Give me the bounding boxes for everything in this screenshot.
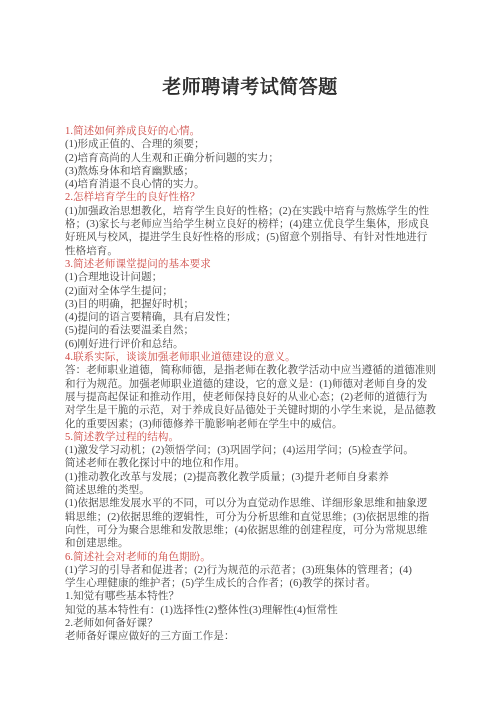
- document-line: 2.老师如何备好课？: [65, 617, 443, 630]
- document-line: (2)面对全体学生提问；: [65, 285, 443, 298]
- document-line: 化的重要因素；(3)师德修养干脆影响老师在学生中的威信。: [65, 418, 443, 431]
- section-heading-line: 1.简述如何养成良好的心情。: [65, 125, 443, 138]
- document-line: (1)合理地设计问题；: [65, 271, 443, 284]
- document-line: 老师备好课应做好的三方面工作是：: [65, 630, 443, 643]
- document-page: 老师聘请考试简答题 1.简述如何养成良好的心情。(1)形成正值的、合理的须要；(…: [0, 0, 500, 708]
- document-line: 对学生是干脆的示范，对于养成良好品德处于关键时期的小学生来说，是品德教: [65, 404, 443, 417]
- document-line: 简述老师在教化探讨中的地位和作用。: [65, 457, 443, 470]
- document-line: 知觉的基本特性有：(1)选择性(2)整体性(3)理解性(4)恒常性: [65, 604, 443, 617]
- document-line: (1)推动教化改革与发展；(2)提高教化教学质量；(3)提升老师自身素养: [65, 471, 443, 484]
- section-heading-line: 6.简述社会对老师的角色期盼。: [65, 551, 443, 564]
- document-line: 和行为规范。加强老师职业道德的建设，它的意义是：(1)师德对老师自身的发: [65, 378, 443, 391]
- document-line: 答：老师职业道德，简称师德，是指老师在教化教学活动中应当遵循的道德准则: [65, 364, 443, 377]
- document-body: 1.简述如何养成良好的心情。(1)形成正值的、合理的须要；(2)培育高尚的人生观…: [65, 125, 443, 644]
- document-line: 格；(3)家长与老师应当给学生树立良好的榜样；(4)建立优良学生集体，形成良: [65, 218, 443, 231]
- document-line: 1.知觉有哪些基本特性？: [65, 590, 443, 603]
- section-heading-line: 4.联系实际，谈谈加强老师职业道德建设的意义。: [65, 351, 443, 364]
- document-line: (2)培育高尚的人生观和正确分析问题的实力；: [65, 152, 443, 165]
- document-line: (1)学习的引导者和促进者；(2)行为规范的示范者；(3)班集体的管理者；(4): [65, 564, 443, 577]
- document-line: (6)刚好进行评价和总结。: [65, 338, 443, 351]
- document-line: (3)目的明确，把握好时机；: [65, 298, 443, 311]
- document-line: 好班风与校风，提进学生良好性格的形成；(5)留意个别指导、有针对性地进行: [65, 231, 443, 244]
- section-heading-line: 3.简述老师课堂提问的基本要求: [65, 258, 443, 271]
- document-title: 老师聘请考试简答题: [0, 72, 500, 99]
- document-line: 向性，可分为聚合思维和发散思维；(4)依据思维的创建程度，可分为常规思维: [65, 524, 443, 537]
- document-line: (3)熬炼身体和培育幽默感；: [65, 165, 443, 178]
- document-line: (1)依据思维发展水平的不同，可以分为直觉动作思维、详细形象思维和抽象逻: [65, 497, 443, 510]
- document-line: 简述思维的类型。: [65, 484, 443, 497]
- document-line: (1)激发学习动机；(2)领悟学问；(3)巩固学问；(4)运用学问；(5)检查学…: [65, 444, 443, 457]
- document-line: (5)提问的看法要温柔自然；: [65, 324, 443, 337]
- section-heading-line: 2.怎样培育学生的良好性格？: [65, 191, 443, 204]
- document-line: (1)加强政治思想教化，培育学生良好的性格；(2)在实践中培育与熬炼学生的性: [65, 205, 443, 218]
- document-line: (1)形成正值的、合理的须要；: [65, 138, 443, 151]
- document-line: 展与提高起保证和推动作用，使老师保持良好的从业心态；(2)老师的道德行为: [65, 391, 443, 404]
- document-line: (4)培育消退不良心情的实力。: [65, 178, 443, 191]
- document-line: 学生心理健康的维护者；(5)学生成长的合作者；(6)教学的探讨者。: [65, 577, 443, 590]
- document-line: 性格培育。: [65, 245, 443, 258]
- document-line: 辑思维；(2)依据思维的逻辑性，可分为分析思维和直觉思维；(3)依据思维的指: [65, 511, 443, 524]
- document-line: 和创建思维。: [65, 537, 443, 550]
- section-heading-line: 5.简述教学过程的结构。: [65, 431, 443, 444]
- document-line: (4)提问的语言要精确，具有启发性；: [65, 311, 443, 324]
